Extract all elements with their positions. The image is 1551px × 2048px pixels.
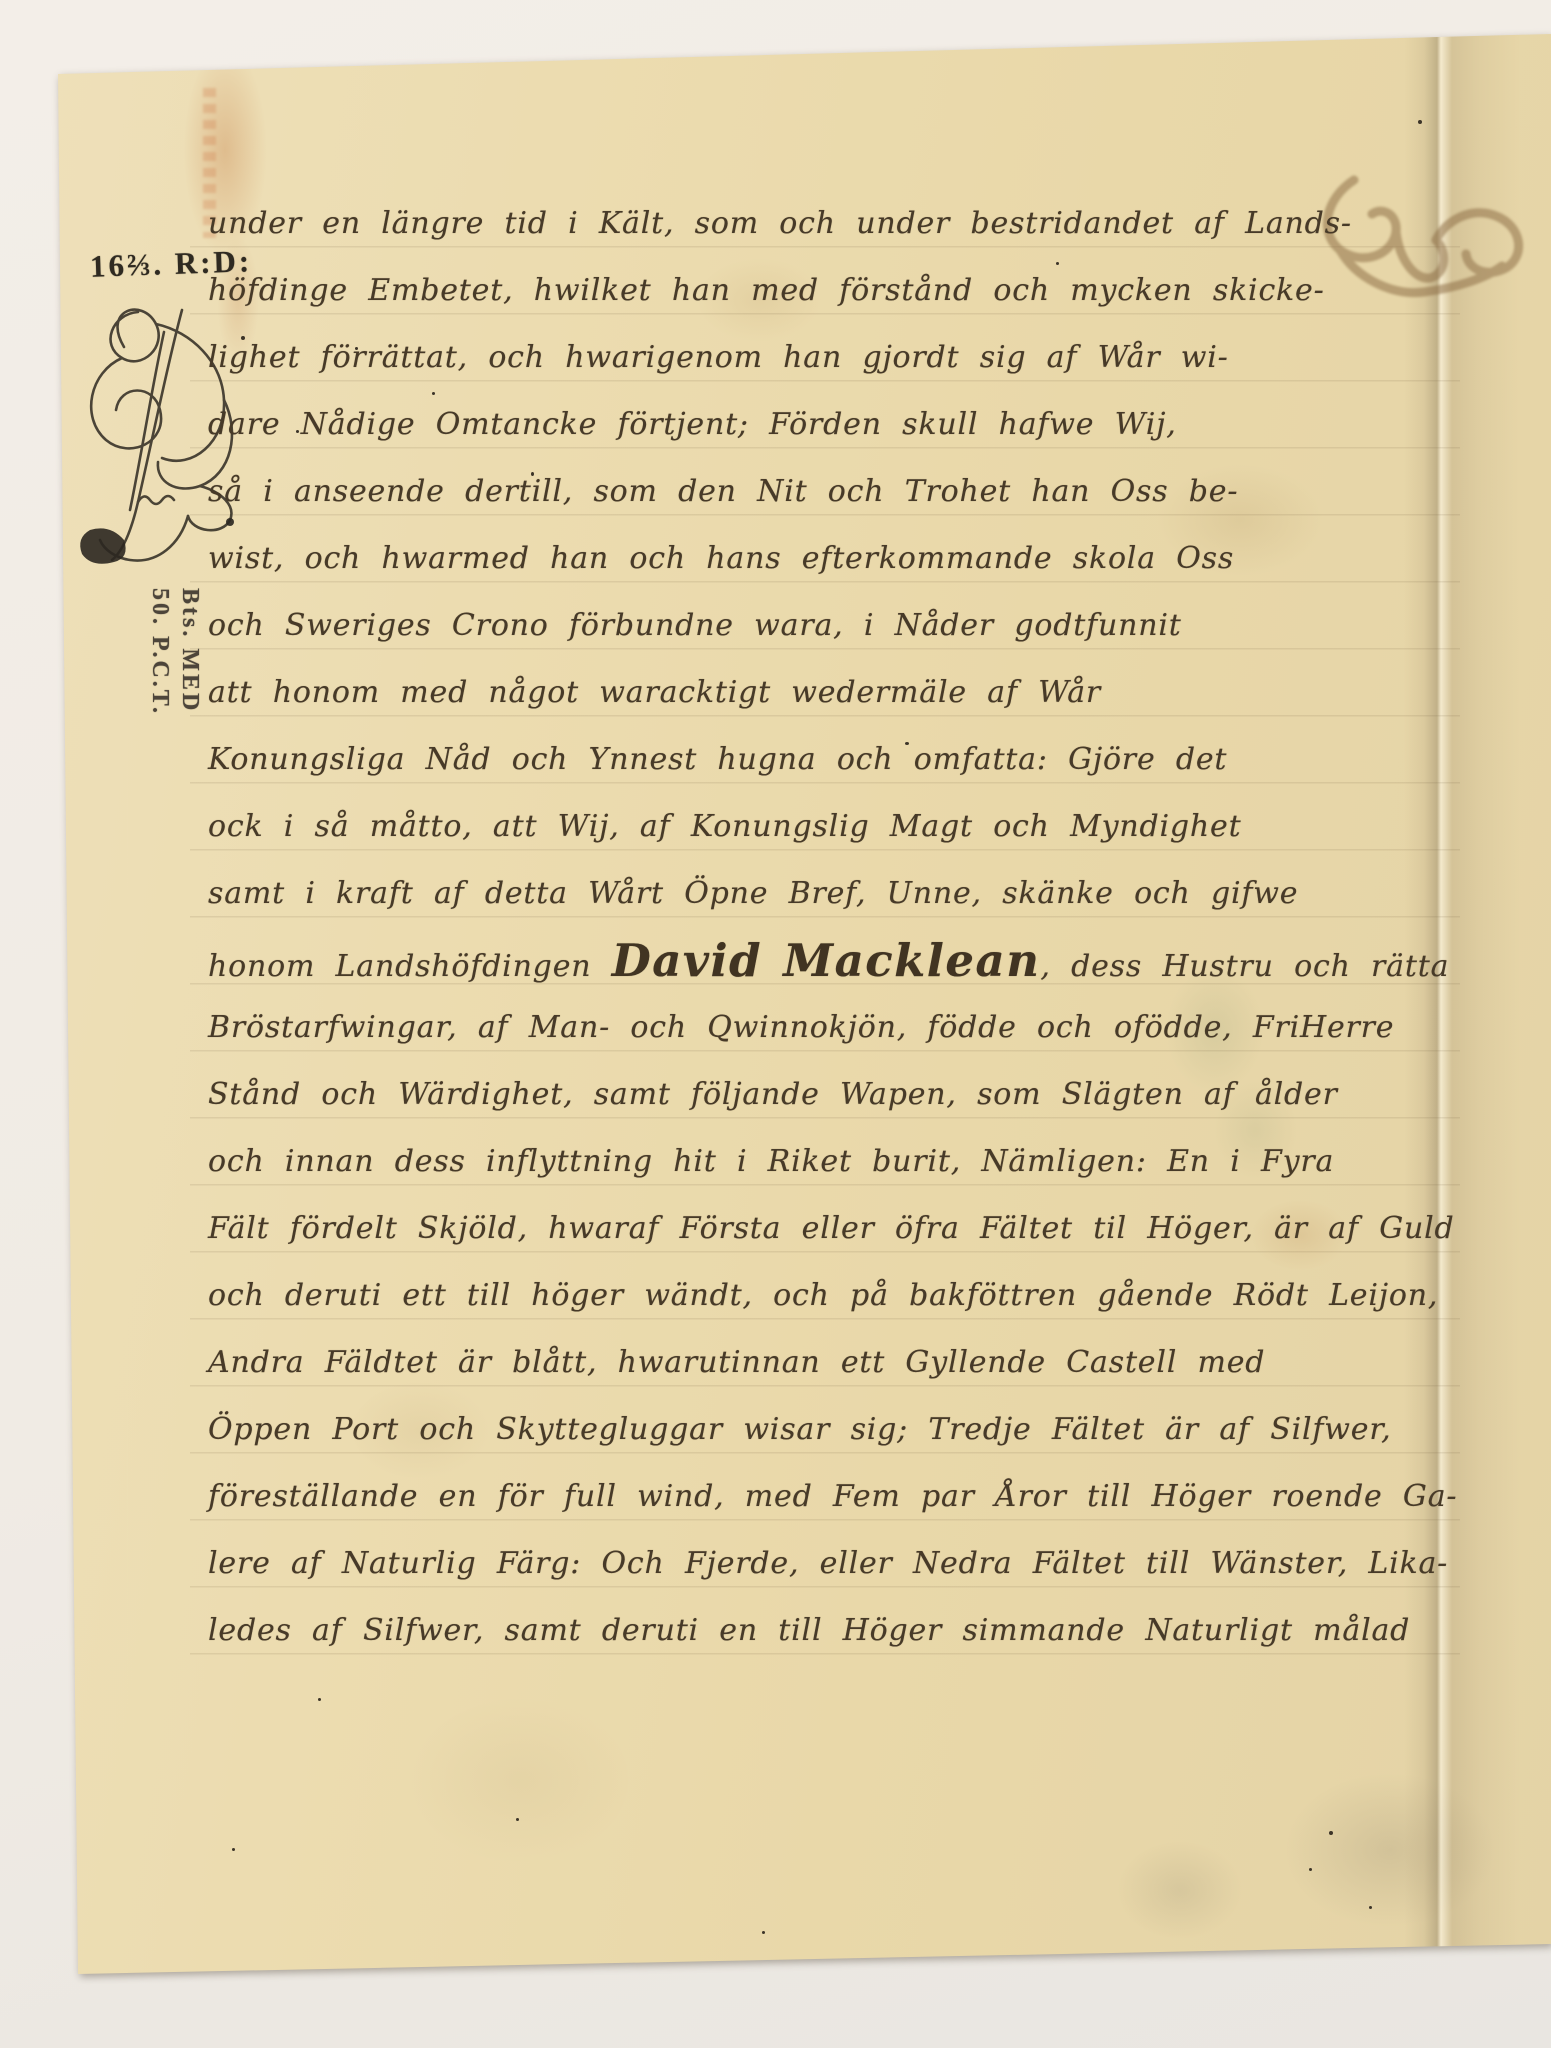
manuscript-line: höfdinge Embetet, hwilket han med förstå… xyxy=(208,257,1443,324)
line-text: och deruti ett till höger wändt, och på … xyxy=(208,1278,1438,1313)
manuscript-line: under en längre tid i Kält, som och unde… xyxy=(208,190,1443,257)
speck xyxy=(516,1818,519,1821)
line-text: samt i kraft af detta Wårt Öpne Bref, Un… xyxy=(208,876,1298,911)
manuscript-page: 16⅔. R:D: Bts. MED 50. P.C.T. xyxy=(0,0,1551,2048)
line-text: Konungsliga Nåd och Ynnest hugna och omf… xyxy=(208,742,1227,777)
line-text: och Sweriges Crono förbundne wara, i Nåd… xyxy=(208,608,1182,643)
speck xyxy=(1329,1831,1333,1835)
speck xyxy=(1056,262,1059,265)
manuscript-line: Konungsliga Nåd och Ynnest hugna och omf… xyxy=(208,726,1443,793)
scan-background: 16⅔. R:D: Bts. MED 50. P.C.T. xyxy=(0,0,1551,2048)
speck xyxy=(762,1931,765,1934)
manuscript-line: så i anseende dertill, som den Nit och T… xyxy=(208,458,1443,525)
line-text: höfdinge Embetet, hwilket han med förstå… xyxy=(208,273,1325,308)
manuscript-line: föreställande en för full wind, med Fem … xyxy=(208,1463,1443,1530)
line-text: och innan dess inflyttning hit i Riket b… xyxy=(208,1144,1334,1179)
manuscript-line: att honom med något waracktigt wedermäle… xyxy=(208,659,1443,726)
line-text: lere af Naturlig Färg: Och Fjerde, eller… xyxy=(208,1546,1448,1581)
speck xyxy=(531,472,534,476)
manuscript-line: dare Nådige Omtancke förtjent; Förden sk… xyxy=(208,391,1443,458)
manuscript-line: Bröstarfwingar, af Man- och Qwinnokjön, … xyxy=(208,994,1443,1061)
manuscript-line: wist, och hwarmed han och hans efterkomm… xyxy=(208,525,1443,592)
speck xyxy=(432,392,435,395)
speck xyxy=(241,336,245,340)
line-text: Andra Fäldtet är blått, hwarutinnan ett … xyxy=(208,1345,1265,1380)
line-text: ledes af Silfwer, samt deruti en till Hö… xyxy=(208,1613,1410,1648)
speck xyxy=(318,1698,321,1701)
manuscript-line: Stånd och Wärdighet, samt följande Wapen… xyxy=(208,1061,1443,1128)
speck xyxy=(1309,1868,1312,1871)
manuscript-line: honom Landshöfdingen David Macklean, des… xyxy=(208,927,1443,994)
line-text: Stånd och Wärdighet, samt följande Wapen… xyxy=(208,1077,1338,1112)
line-text: Öppen Port och Skyttegluggar wisar sig; … xyxy=(208,1412,1392,1447)
speck xyxy=(232,1848,235,1851)
line-text: lighet förrättat, och hwarigenom han gjo… xyxy=(208,340,1229,375)
manuscript-line: lere af Naturlig Färg: Och Fjerde, eller… xyxy=(208,1530,1443,1597)
speck xyxy=(1418,120,1422,124)
speck xyxy=(355,347,358,350)
line-text: ock i så måtto, att Wij, af Konungslig M… xyxy=(208,809,1241,844)
speck xyxy=(296,430,299,433)
line-text: föreställande en för full wind, med Fem … xyxy=(208,1479,1457,1514)
manuscript-line: och Sweriges Crono förbundne wara, i Nåd… xyxy=(208,592,1443,659)
manuscript-line: ledes af Silfwer, samt deruti en till Hö… xyxy=(208,1597,1443,1664)
line-text: att honom med något waracktigt wedermäle… xyxy=(208,675,1101,710)
manuscript-line: Andra Fäldtet är blått, hwarutinnan ett … xyxy=(208,1329,1443,1396)
manuscript-text: under en längre tid i Kält, som och unde… xyxy=(208,190,1443,1664)
manuscript-line: Fält fördelt Skjöld, hwaraf Första eller… xyxy=(208,1195,1443,1262)
line-text: wist, och hwarmed han och hans efterkomm… xyxy=(208,541,1234,576)
line-text: honom Landshöfdingen xyxy=(208,949,612,984)
ennobled-name: David Macklean xyxy=(612,934,1041,987)
discount-stamp-line1: Bts. MED xyxy=(175,588,205,716)
discount-stamp-line2: 50. P.C.T. xyxy=(145,588,175,716)
speck xyxy=(905,742,909,745)
discount-stamp: Bts. MED 50. P.C.T. xyxy=(145,588,205,716)
manuscript-line: och innan dess inflyttning hit i Riket b… xyxy=(208,1128,1443,1195)
manuscript-line: lighet förrättat, och hwarigenom han gjo… xyxy=(208,324,1443,391)
line-text: Bröstarfwingar, af Man- och Qwinnokjön, … xyxy=(208,1010,1394,1045)
manuscript-line: ock i så måtto, att Wij, af Konungslig M… xyxy=(208,793,1443,860)
speck xyxy=(1369,1906,1372,1909)
line-text: , dess Hustru och rätta xyxy=(1040,949,1449,984)
manuscript-line: och deruti ett till höger wändt, och på … xyxy=(208,1262,1443,1329)
line-text: under en längre tid i Kält, som och unde… xyxy=(208,206,1352,241)
line-text: dare Nådige Omtancke förtjent; Förden sk… xyxy=(208,407,1177,442)
line-text: Fält fördelt Skjöld, hwaraf Första eller… xyxy=(208,1211,1454,1246)
line-text: så i anseende dertill, som den Nit och T… xyxy=(208,474,1238,509)
manuscript-line: samt i kraft af detta Wårt Öpne Bref, Un… xyxy=(208,860,1443,927)
manuscript-line: Öppen Port och Skyttegluggar wisar sig; … xyxy=(208,1396,1443,1463)
